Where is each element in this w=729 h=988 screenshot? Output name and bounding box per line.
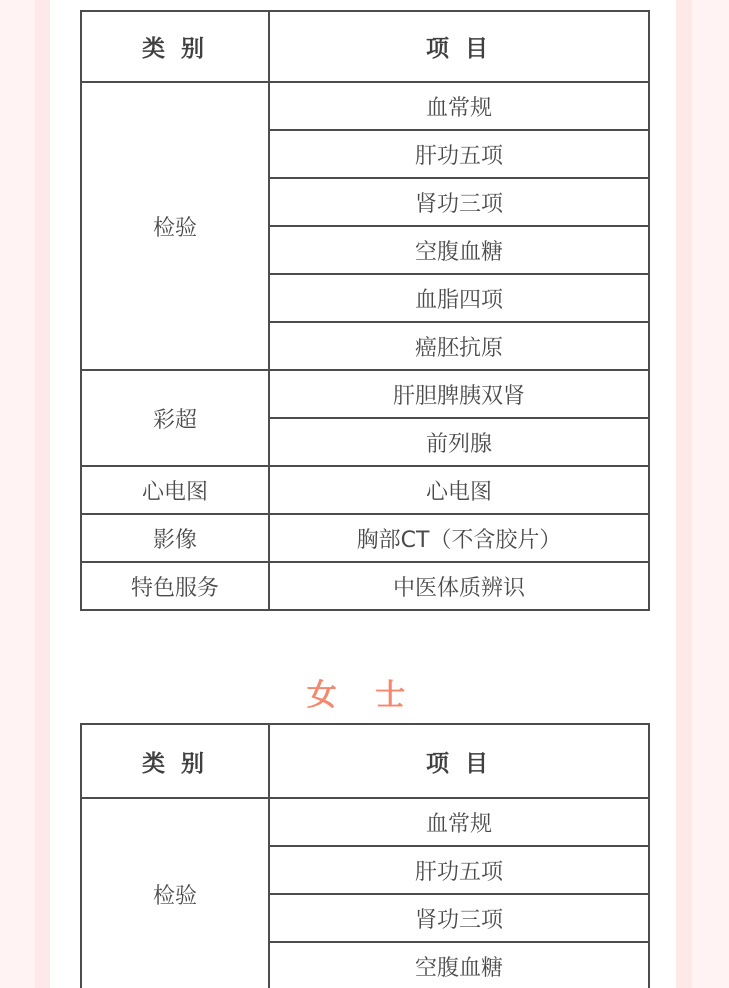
item-cell: 心电图 (269, 466, 649, 514)
header-item: 项 目 (269, 724, 649, 798)
item-cell: 前列腺 (269, 418, 649, 466)
item-cell: 中医体质辨识 (269, 562, 649, 610)
table-row: 特色服务 中医体质辨识 (81, 562, 649, 610)
left-decorative-stripe (35, 0, 50, 988)
category-cell: 心电图 (81, 466, 269, 514)
header-category: 类 别 (81, 11, 269, 82)
category-cell: 特色服务 (81, 562, 269, 610)
item-cell: 血脂四项 (269, 274, 649, 322)
item-cell: 癌胚抗原 (269, 322, 649, 370)
right-decorative-stripe (676, 0, 692, 988)
page-content: 类 别 项 目 检验 血常规 肝功五项 肾功三项 空腹血糖 血脂四项 癌胚抗原 … (50, 0, 676, 988)
category-cell: 检验 (81, 82, 269, 370)
table-header-row: 类 别 项 目 (81, 11, 649, 82)
women-checkup-table: 类 别 项 目 检验 血常规 肝功五项 肾功三项 空腹血糖 (80, 723, 650, 988)
category-cell: 检验 (81, 798, 269, 988)
item-cell: 空腹血糖 (269, 942, 649, 988)
item-cell: 肾功三项 (269, 178, 649, 226)
item-cell: 血常规 (269, 82, 649, 130)
header-category: 类 别 (81, 724, 269, 798)
item-cell: 肝胆脾胰双肾 (269, 370, 649, 418)
category-cell: 彩超 (81, 370, 269, 466)
item-cell: 血常规 (269, 798, 649, 846)
table-row: 检验 血常规 (81, 798, 649, 846)
item-cell: 肾功三项 (269, 894, 649, 942)
item-cell: 胸部CT（不含胶片） (269, 514, 649, 562)
item-cell: 空腹血糖 (269, 226, 649, 274)
table-row: 影像 胸部CT（不含胶片） (81, 514, 649, 562)
item-cell: 肝功五项 (269, 130, 649, 178)
header-item: 项 目 (269, 11, 649, 82)
item-cell: 肝功五项 (269, 846, 649, 894)
men-checkup-table: 类 别 项 目 检验 血常规 肝功五项 肾功三项 空腹血糖 血脂四项 癌胚抗原 … (80, 10, 650, 611)
table-row: 彩超 肝胆脾胰双肾 (81, 370, 649, 418)
table-header-row: 类 别 项 目 (81, 724, 649, 798)
category-cell: 影像 (81, 514, 269, 562)
table-row: 心电图 心电图 (81, 466, 649, 514)
table-row: 检验 血常规 (81, 82, 649, 130)
section-title-women: 女 士 (50, 670, 676, 714)
